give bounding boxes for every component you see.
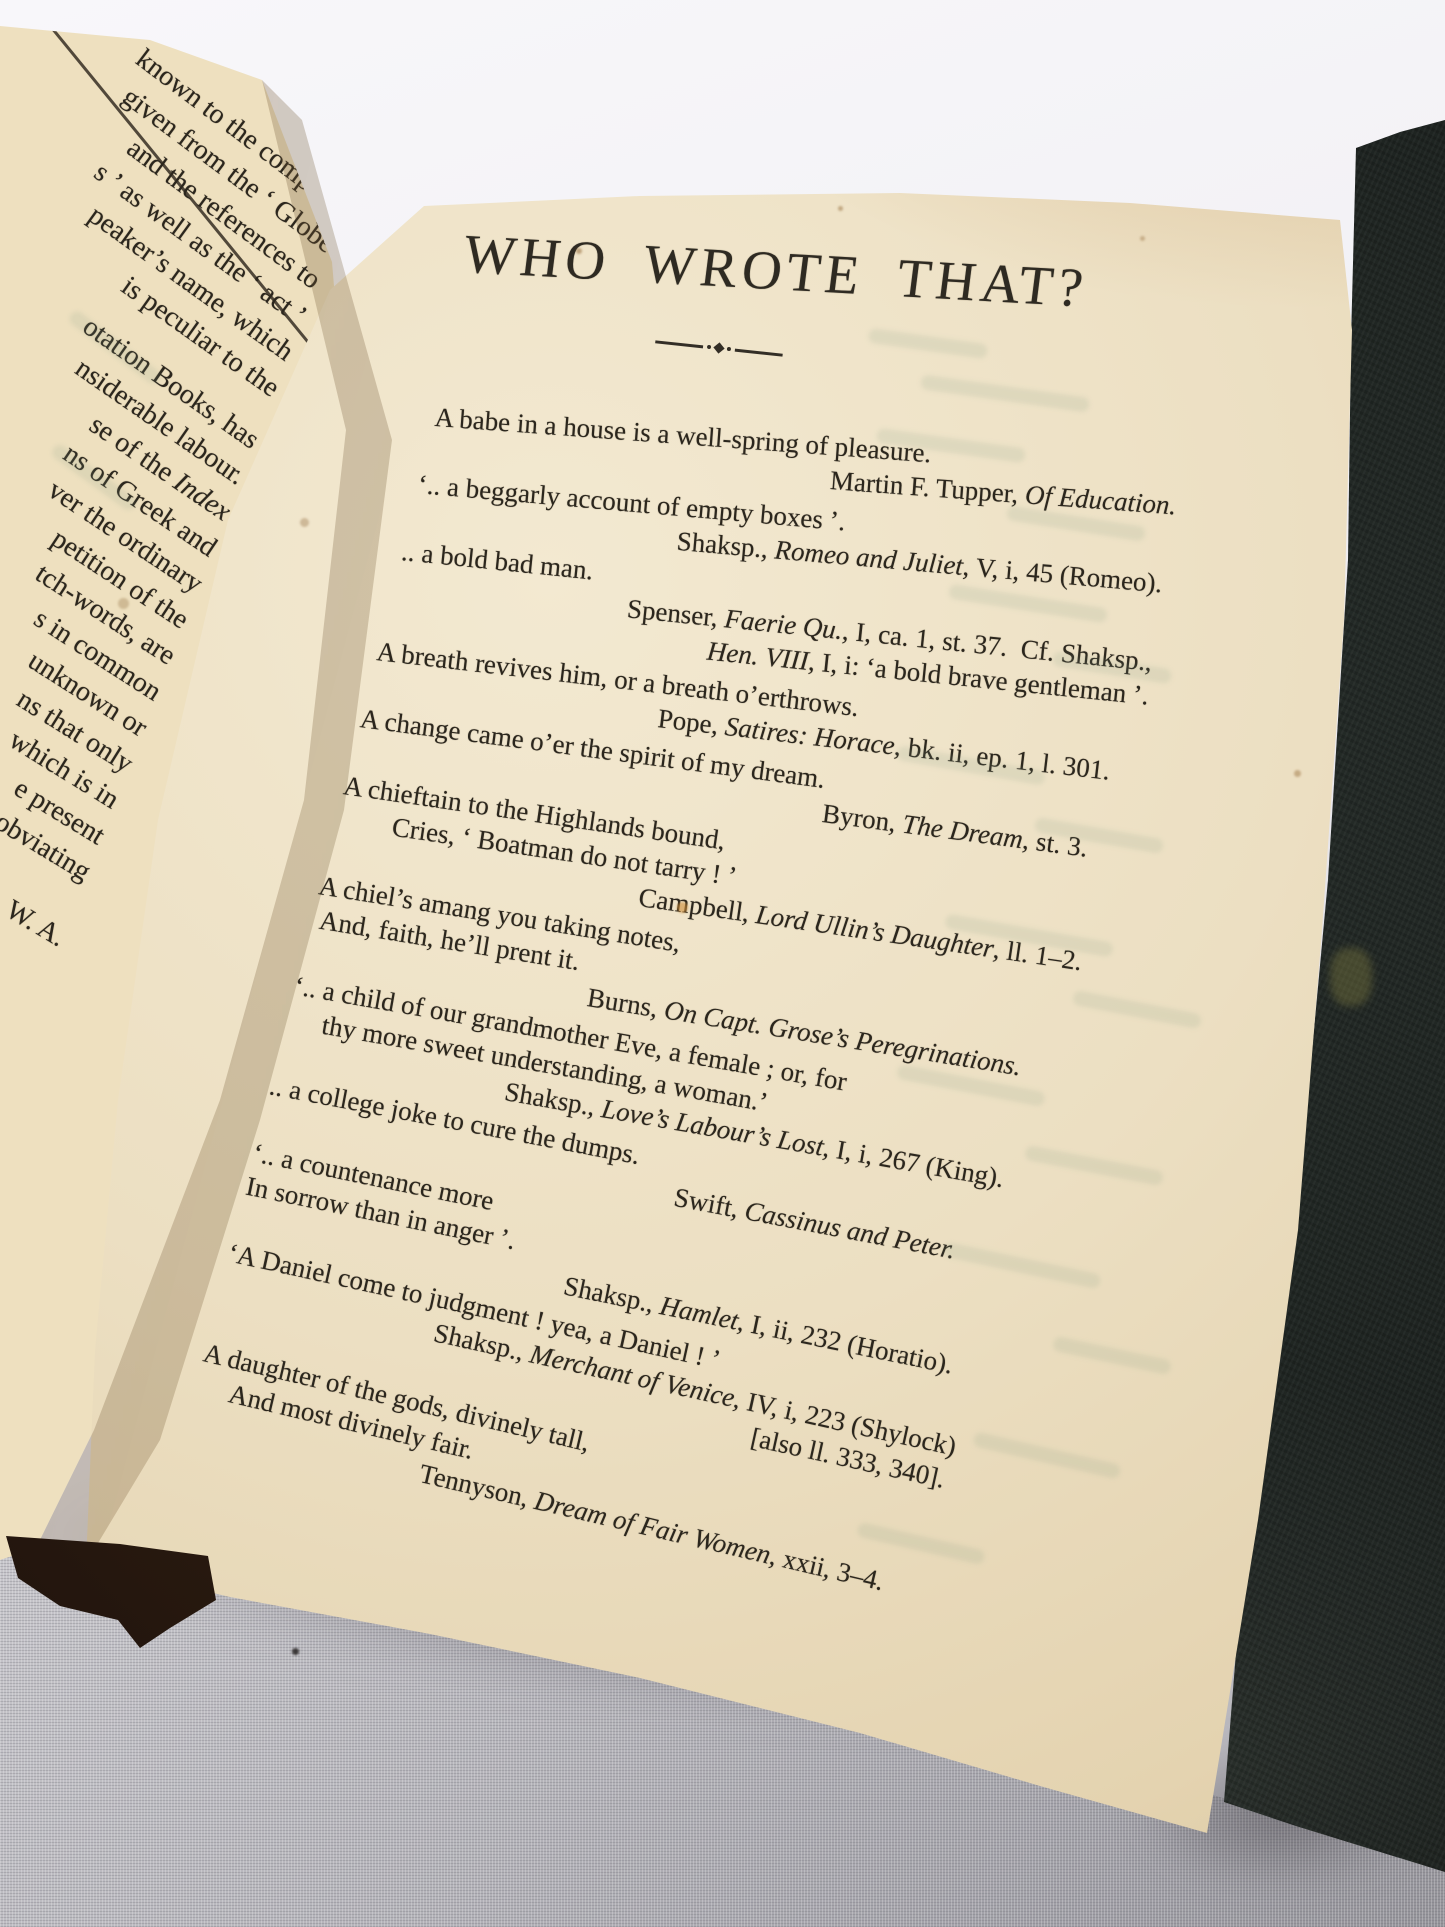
- cover-scuff-mark: [1330, 948, 1372, 1006]
- divider-dot: [707, 345, 711, 349]
- foxing-spot: [1140, 236, 1145, 241]
- divider-dot: [727, 347, 731, 351]
- foxing-spot: [300, 518, 309, 527]
- foxing-spot: [838, 206, 843, 211]
- foxing-spot: [118, 598, 129, 609]
- book-photo-scene: known to the compiler.given from the ‘ G…: [0, 0, 1445, 1927]
- foxing-spot: [1294, 770, 1301, 777]
- text-run: W. A.: [0, 894, 70, 953]
- text-run: Shaksp.,: [676, 526, 777, 564]
- text-run: Byron,: [820, 798, 904, 838]
- foxing-spot: [576, 248, 582, 254]
- foxing-spot: [292, 1648, 299, 1655]
- text-run: Pope,: [656, 703, 727, 741]
- italic-text-run: Hen. VIII: [706, 636, 810, 676]
- foxing-spot: [677, 902, 688, 913]
